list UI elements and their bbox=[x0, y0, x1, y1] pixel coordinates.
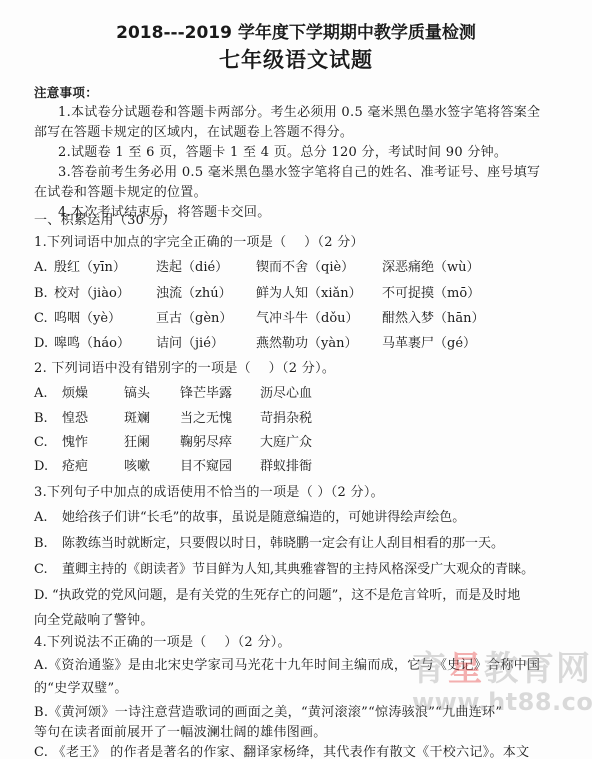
note-line: 1.本试卷分试题卷和答题卡两部分。考生必须用 0.5 毫米黑色墨水签字笔将答案全 bbox=[58, 104, 540, 122]
option-sentence: 董卿主持的《朗读者》节目鲜为人知,其典雅睿智的主持风格深受广大观众的青睐。 bbox=[62, 561, 534, 579]
option-word: 疮疤 bbox=[62, 458, 88, 476]
exam-page: 2018---2019 学年度下学期期中教学质量检测 七年级语文试题 注意事项：… bbox=[0, 0, 592, 759]
option-word: 咳嗽 bbox=[124, 458, 150, 476]
option-sentence: 陈教练当时就断定，只要假以时日，韩晓鹏一定会有让人刮目相看的那一天。 bbox=[62, 535, 504, 553]
option-label: C. bbox=[34, 434, 48, 452]
q3-option-d-continued: 向全党敲响了警钟。 bbox=[34, 612, 154, 630]
option-word: 愧怍 bbox=[62, 434, 88, 452]
option-word: 大庭广众 bbox=[260, 434, 312, 452]
q4-line: B.《黄河颂》一诗注意营造歌词的画面之美，“黄河滚滚”“惊涛骇浪”“九曲连环” bbox=[34, 704, 502, 722]
option-label: D. bbox=[34, 587, 48, 605]
exam-subtitle: 七年级语文试题 bbox=[0, 44, 592, 74]
option-label: B. bbox=[34, 410, 48, 428]
note-line: 3.答卷前考生务必用 0.5 毫米黑色墨水签字笔将自己的姓名、准考证号、座号填写 bbox=[58, 164, 540, 182]
question-4-stem: 4.下列说法不正确的一项是（ ）（2 分）。 bbox=[34, 634, 291, 652]
option-word: 嗥鸣（háo） bbox=[54, 335, 130, 353]
option-word: 目不窥园 bbox=[180, 458, 232, 476]
option-word: 锋芒毕露 bbox=[180, 385, 232, 403]
option-word: 酣然入梦（hān） bbox=[382, 310, 485, 328]
option-word: 狂阑 bbox=[124, 434, 150, 452]
option-word: 镐头 bbox=[124, 385, 150, 403]
section-heading: 一、积累运用（30 分） bbox=[34, 212, 175, 230]
q4-line: 的“史学双璧”。 bbox=[34, 680, 128, 698]
option-word: 诘问（jié） bbox=[156, 335, 224, 353]
option-label: C. bbox=[34, 561, 48, 579]
option-word: 殷红（yīn） bbox=[54, 259, 126, 277]
option-word: 呜咽（yè） bbox=[54, 310, 121, 328]
option-label: D. bbox=[34, 335, 48, 353]
question-3-stem: 3.下列句子中加点的成语使用不恰当的一项是（ ）（2 分）。 bbox=[34, 484, 384, 502]
notes-heading: 注意事项： bbox=[34, 84, 98, 102]
option-word: 校对（jiào） bbox=[54, 285, 130, 303]
option-word: 斑斓 bbox=[124, 410, 150, 428]
option-word: 鲜为人知（xiǎn） bbox=[256, 285, 362, 303]
note-line: 2.试题卷 1 至 6 页，答题卡 1 至 4 页。总分 120 分，考试时间 … bbox=[58, 144, 507, 162]
option-word: 不可捉摸（mō） bbox=[382, 285, 480, 303]
option-word: 苛捐杂税 bbox=[260, 410, 312, 428]
exam-title: 2018---2019 学年度下学期期中教学质量检测 bbox=[0, 18, 592, 43]
option-sentence: 她给孩子们讲“长毛”的故事，虽说是随意编造的，可她讲得绘声绘色。 bbox=[62, 509, 465, 527]
option-word: 马革裹尸（gé） bbox=[382, 335, 476, 353]
option-word: 当之无愧 bbox=[180, 410, 232, 428]
q4-line: C. 《老王》 的作者是著名的作家、翻译家杨绛，其代表作有散文《干校六记》。本文 bbox=[34, 744, 529, 759]
option-label: A. bbox=[34, 259, 48, 277]
option-label: C. bbox=[34, 310, 48, 328]
q4-line: A.《资治通鉴》是由北宋史学家司马光花十九年时间主编而成，它与《史记》合称中国 bbox=[34, 657, 540, 675]
option-label: A. bbox=[34, 509, 48, 527]
option-word: 亘古（gèn） bbox=[156, 310, 232, 328]
option-word: 烦燥 bbox=[62, 385, 88, 403]
question-2-stem: 2. 下列词语中没有错别字的一项是（ ）（2 分）。 bbox=[34, 360, 335, 378]
option-word: 鞠躬尽瘁 bbox=[180, 434, 232, 452]
note-line: 在试卷和答题卡规定的位置。 bbox=[34, 184, 207, 202]
note-line: 部写在答题卡规定的区域内，在试题卷上答题不得分。 bbox=[34, 124, 353, 142]
option-word: 浊流（zhú） bbox=[156, 285, 232, 303]
option-sentence: “执政党的党风问题，是有关党的生死存亡的问题”，这不是危言耸听，而是及时地 bbox=[52, 587, 520, 605]
option-word: 锲而不舍（qiè） bbox=[256, 259, 354, 277]
option-label: A. bbox=[34, 385, 48, 403]
option-label: B. bbox=[34, 535, 48, 553]
option-word: 气冲斗牛（dǒu） bbox=[256, 310, 359, 328]
option-word: 惶恐 bbox=[62, 410, 88, 428]
option-word: 沥尽心血 bbox=[260, 385, 312, 403]
option-label: B. bbox=[34, 285, 48, 303]
option-word: 深恶痛绝（wù） bbox=[382, 259, 480, 277]
q4-line: 等句在读者面前展开了一幅波澜壮阔的雄伟图画。 bbox=[34, 724, 327, 742]
option-label: D. bbox=[34, 458, 48, 476]
option-word: 迭起（dié） bbox=[156, 259, 228, 277]
question-1-stem: 1.下列词语中加点的字完全正确的一项是（ ）（2 分） bbox=[34, 234, 364, 252]
option-word: 燕然勒功（yàn） bbox=[256, 335, 357, 353]
option-word: 群蚁排衙 bbox=[260, 458, 312, 476]
